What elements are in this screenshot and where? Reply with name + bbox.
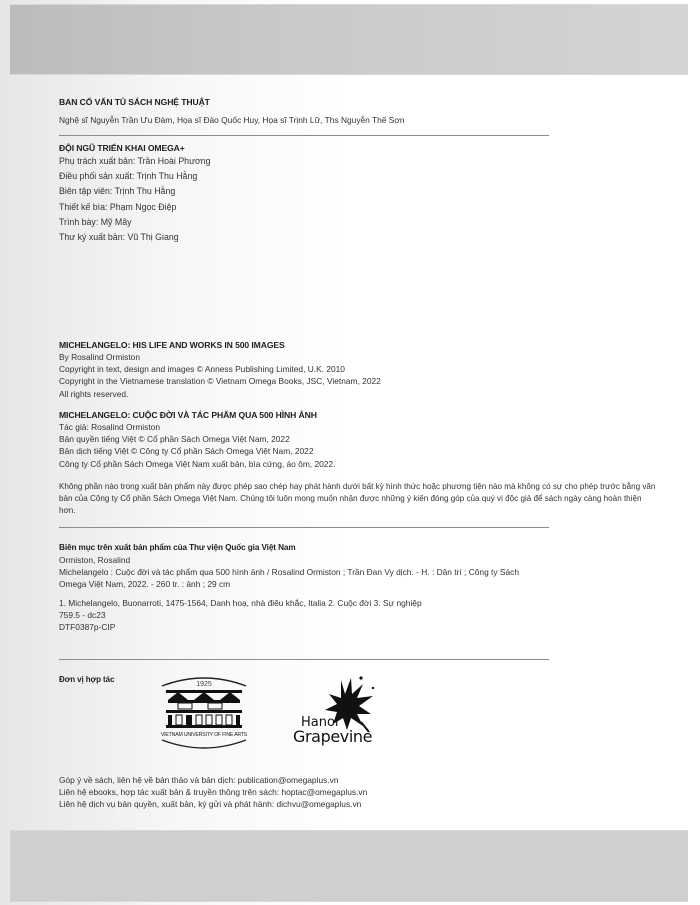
- vietnamese-edition-line: Tác giả: Rosalind Ormiston: [59, 421, 659, 433]
- vietnamese-edition-line: Bản quyền tiếng Việt © Cổ phần Sách Omeg…: [59, 433, 659, 445]
- team-line: Trình bày: Mỹ Mây: [59, 215, 659, 230]
- team-line: Biên tập viên: Trịnh Thu Hằng: [59, 184, 659, 199]
- top-gray-band: [10, 4, 688, 75]
- vietnam-university-fine-arts-logo: 1925 VIETNAM UNIVERSITY OF FINE ARTS: [158, 672, 250, 754]
- original-edition-title: MICHELANGELO: HIS LIFE AND WORKS IN 500 …: [59, 339, 659, 351]
- team-line: Điều phối sản xuất: Trịnh Thu Hằng: [59, 169, 659, 184]
- hanoi-grapevine-logo: Hanoi Grapevine: [289, 674, 379, 746]
- bottom-gray-band: [10, 830, 688, 902]
- contact-line: Góp ý về sách, liên hệ về bản thảo và bả…: [59, 774, 659, 786]
- cataloging-subjects: 1. Michelangelo, Buonarroti, 1475-1564, …: [59, 597, 659, 609]
- rights-notice: Không phần nào trong xuất bản phẩm này đ…: [59, 481, 659, 518]
- cataloging-data: Biên mục trên xuất bản phẩm của Thư viện…: [59, 542, 659, 633]
- contact-line: Liên hệ dịch vụ bản quyền, xuất bản, ký …: [59, 798, 659, 810]
- rights-notice-text: Không phần nào trong xuất bản phẩm này đ…: [59, 481, 659, 518]
- original-edition-line: All rights reserved.: [59, 388, 659, 400]
- cataloging-author: Ormiston, Rosalind: [59, 554, 659, 566]
- advisory-board-title: BAN CỐ VẤN TỦ SÁCH NGHỆ THUẬT: [59, 96, 659, 108]
- original-edition-line: Copyright in text, design and images © A…: [59, 363, 659, 375]
- cataloging-title: Biên mục trên xuất bản phẩm của Thư viện…: [59, 542, 659, 554]
- advisory-board-members: Nghệ sĩ Nguyễn Trần Ưu Đàm, Họa sĩ Đào Q…: [59, 114, 659, 126]
- advisory-board: BAN CỐ VẤN TỦ SÁCH NGHỆ THUẬT Nghệ sĩ Ng…: [59, 96, 659, 126]
- svg-text:VIETNAM UNIVERSITY OF FINE ART: VIETNAM UNIVERSITY OF FINE ARTS: [161, 732, 248, 738]
- team-line: Thư ký xuất bản: Vũ Thị Giang: [59, 230, 659, 245]
- svg-text:1925: 1925: [196, 681, 212, 688]
- omega-team-title: ĐỘI NGŨ TRIỂN KHAI OMEGA+: [59, 142, 659, 154]
- contacts: Góp ý về sách, liên hệ về bản thảo và bả…: [59, 774, 659, 811]
- cataloging-classification: 759.5 - dc23: [59, 609, 659, 621]
- vietnamese-edition-line: Bản dịch tiếng Việt © Công ty Cổ phần Sá…: [59, 445, 659, 457]
- divider: [59, 527, 549, 528]
- vietnamese-edition-line: Công ty Cổ phần Sách Omega Việt Nam xuất…: [59, 458, 659, 470]
- original-edition-line: Copyright in the Vietnamese translation …: [59, 375, 659, 387]
- divider: [59, 659, 549, 660]
- divider: [59, 135, 549, 136]
- svg-text:Grapevine: Grapevine: [293, 727, 372, 746]
- original-edition: MICHELANGELO: HIS LIFE AND WORKS IN 500 …: [59, 339, 659, 400]
- contact-line: Liên hệ ebooks, hợp tác xuất bản & truyề…: [59, 786, 659, 798]
- omega-team: ĐỘI NGŨ TRIỂN KHAI OMEGA+ Phụ trách xuất…: [59, 142, 659, 245]
- cataloging-description: Omega Việt Nam, 2022. - 260 tr. : ảnh ; …: [59, 578, 659, 590]
- vietnamese-edition-title: MICHELANGELO: CUỘC ĐỜI VÀ TÁC PHẨM QUA 5…: [59, 409, 659, 421]
- vietnamese-edition: MICHELANGELO: CUỘC ĐỜI VÀ TÁC PHẨM QUA 5…: [59, 409, 659, 470]
- team-line: Phụ trách xuất bản: Trần Hoài Phương: [59, 154, 659, 169]
- team-line: Thiết kế bìa: Phạm Ngọc Điệp: [59, 200, 659, 215]
- original-edition-line: By Rosalind Ormiston: [59, 351, 659, 363]
- cataloging-description: Michelangelo : Cuộc đời và tác phẩm qua …: [59, 566, 659, 578]
- cataloging-cip: DTF0387p-CIP: [59, 621, 659, 633]
